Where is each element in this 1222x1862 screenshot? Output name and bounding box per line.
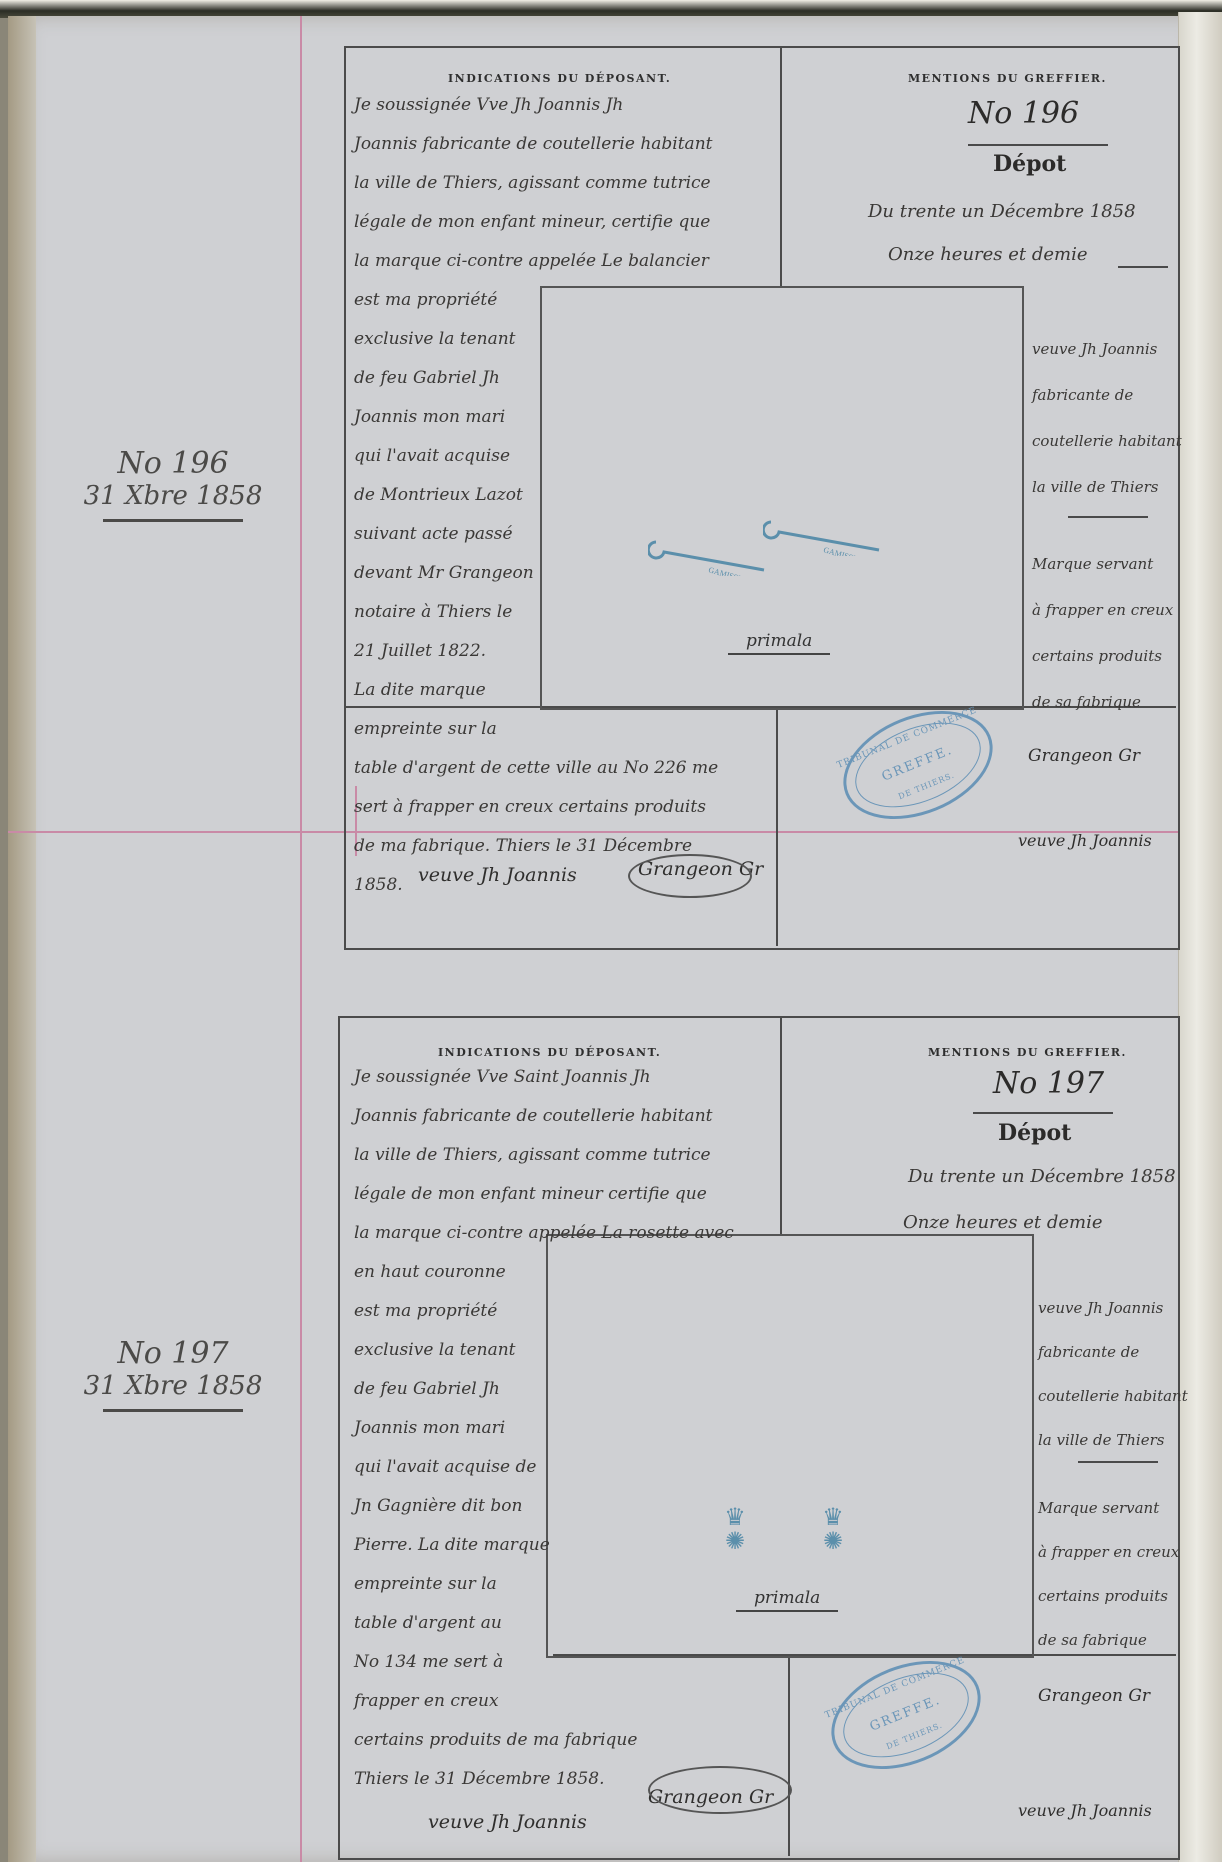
deposit-date: Du trente un Décembre 1858 <box>908 1166 1176 1187</box>
deposit-time: Onze heures et demie <box>888 244 1088 265</box>
margin-number: No 196 <box>68 446 278 481</box>
header-mentions: MENTIONS DU GREFFIER. <box>908 72 1107 85</box>
margin-entry-196: No 196 31 Xbre 1858 <box>68 446 278 522</box>
depositor-signature: veuve Jh Joannis <box>428 1811 587 1833</box>
wrench-stamp-icon: GAMISSE <box>763 516 893 556</box>
margin-date: 31 Xbre 1858 <box>68 1371 278 1401</box>
binding-gutter <box>8 16 36 1862</box>
register-page: No 196 31 Xbre 1858 INDICATIONS DU DÉPOS… <box>8 16 1178 1862</box>
header-indications: INDICATIONS DU DÉPOSANT. <box>448 72 671 85</box>
clerk-depositor-block: veuve Jh Joannis fabricante de couteller… <box>1032 326 1182 510</box>
column-divider <box>780 46 782 286</box>
clerk-column-depositor-signature: veuve Jh Joannis <box>1018 1801 1152 1820</box>
depot-title: Dépot <box>998 1120 1071 1146</box>
number-underline <box>973 1112 1113 1114</box>
margin-number: No 197 <box>68 1336 278 1371</box>
clerk-column-signature: Grangeon Gr <box>1038 1686 1150 1706</box>
line-filler <box>1118 266 1168 268</box>
signature-flourish <box>648 1766 792 1814</box>
margin-date: 31 Xbre 1858 <box>68 481 278 511</box>
margin-underline <box>103 519 243 522</box>
column-divider <box>780 1016 782 1236</box>
clerk-depositor-block: veuve Jh Joannis fabricante de couteller… <box>1038 1286 1188 1462</box>
mark-name: primala <box>736 1588 838 1612</box>
column-divider <box>788 1656 790 1856</box>
signature-flourish <box>628 854 752 898</box>
wrench-stamp-icon: GAMISSE <box>648 536 778 576</box>
deposit-date: Du trente un Décembre 1858 <box>868 201 1136 222</box>
page-stack-edge <box>1178 12 1222 1862</box>
depot-title: Dépot <box>993 151 1066 177</box>
clerk-mark-block: Marque servant à frapper en creux certai… <box>1032 541 1173 725</box>
clerk-column-depositor-signature: veuve Jh Joannis <box>1018 831 1152 850</box>
crown-rosette-icon: ♛✺ <box>720 1506 750 1554</box>
declaration-197: Je soussignée Vve Saint Joannis Jh Joann… <box>354 1058 734 1799</box>
margin-underline <box>103 1409 243 1412</box>
column-divider <box>776 706 778 946</box>
mark-name: primala <box>728 631 830 655</box>
header-mentions: MENTIONS DU GREFFIER. <box>928 1046 1127 1059</box>
margin-entry-197: No 197 31 Xbre 1858 <box>68 1336 278 1412</box>
margin-rule <box>300 16 302 1862</box>
clerk-number: No 197 <box>993 1066 1104 1101</box>
section-rule <box>1068 516 1148 518</box>
section-rule <box>1078 1461 1158 1463</box>
depositor-signature: veuve Jh Joannis <box>418 864 577 886</box>
crown-rosette-icon: ♛✺ <box>818 1506 848 1554</box>
clerk-column-signature: Grangeon Gr <box>1028 746 1140 766</box>
number-underline <box>968 144 1108 146</box>
clerk-mark-block: Marque servant à frapper en creux certai… <box>1038 1486 1179 1662</box>
deposit-time: Onze heures et demie <box>903 1212 1103 1233</box>
clerk-number: No 196 <box>968 96 1079 131</box>
declaration-196: Je soussignée Vve Jh Joannis Jh Joannis … <box>354 86 718 905</box>
